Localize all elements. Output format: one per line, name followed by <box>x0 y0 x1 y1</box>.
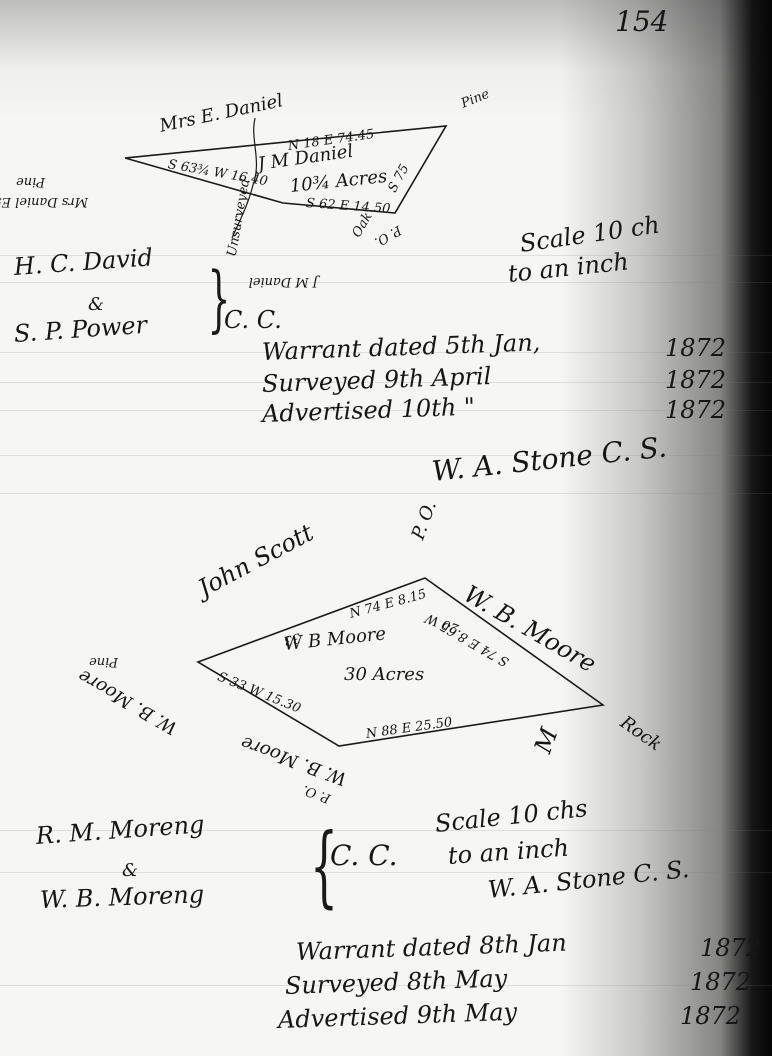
survey-2-interior-acres: 30 Acres <box>344 666 424 684</box>
ledger-page: 154 Mrs E. Daniel Pine Pine N 18 E 74.45… <box>0 0 772 1056</box>
survey-2-date-surveyed: Surveyed 8th May <box>285 966 508 998</box>
survey-2-corner-left: Pine <box>89 655 118 668</box>
survey-2-date-warrant-year: 1872 <box>700 936 761 960</box>
survey-2-owner-ampersand: & <box>122 862 138 880</box>
survey-2-county-abbrev: C. C. <box>330 842 398 870</box>
survey-2-date-surveyed-year: 1872 <box>690 970 751 994</box>
survey-2-owner-2: W. B. Moreng <box>40 882 205 912</box>
survey-2-date-advertised-year: 1872 <box>680 1004 741 1028</box>
